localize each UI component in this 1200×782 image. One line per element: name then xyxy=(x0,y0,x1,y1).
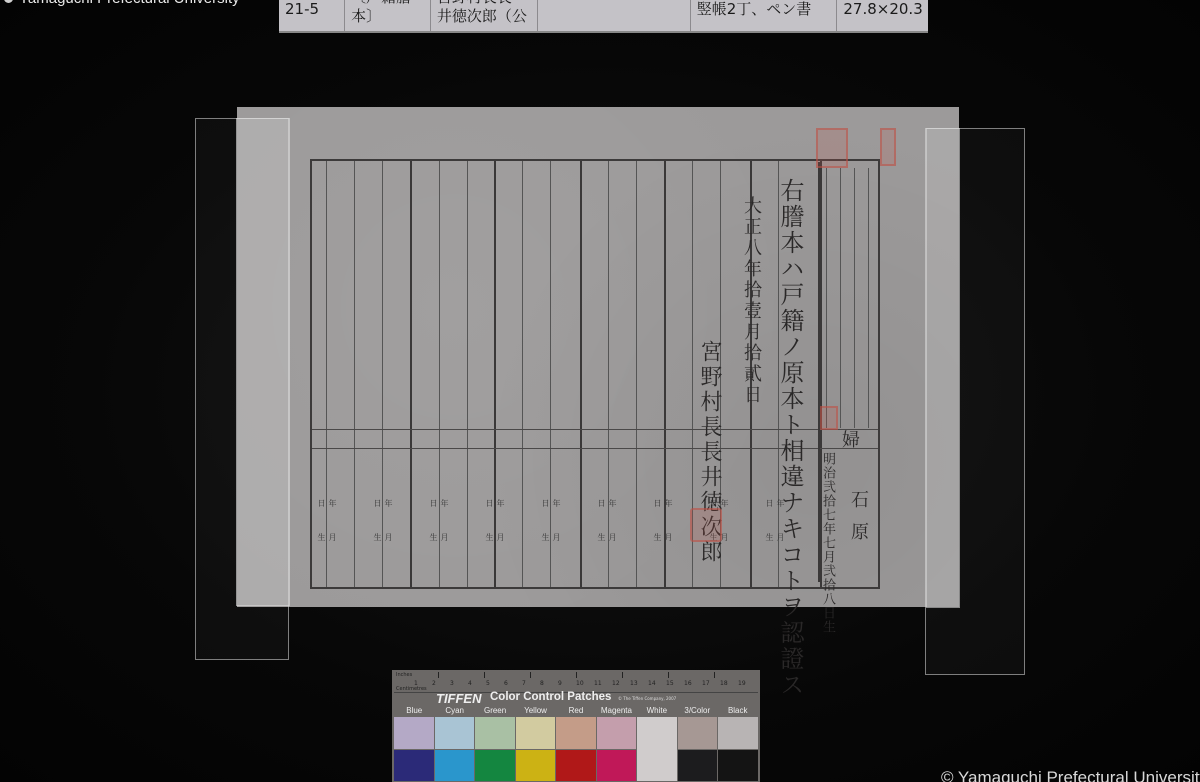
red-seal xyxy=(820,406,838,430)
birth-date-text: 明治弐拾七年七月弐拾八日生 xyxy=(818,452,837,634)
ymd-label: 年月日生 xyxy=(652,499,674,587)
ruler: Inches Centimetres 1 2 3 4 5 6 7 8 9 10 … xyxy=(394,672,758,693)
chart-title: Color Control Patches xyxy=(490,691,611,703)
color-control-chart: Inches Centimetres 1 2 3 4 5 6 7 8 9 10 … xyxy=(392,670,760,782)
color-patch-magenta-light xyxy=(597,717,637,749)
color-patch-cyan-dark xyxy=(435,750,475,782)
color-patch-green-dark xyxy=(475,750,515,782)
color-patch-white-light xyxy=(637,717,677,781)
color-patch-black-light xyxy=(718,717,758,749)
ymd-label: 年月日生 xyxy=(484,499,506,587)
color-patch-cyan-light xyxy=(435,717,475,749)
ymd-label: 年月日生 xyxy=(596,499,618,587)
top-credit: Yamaguchi Prefectural University xyxy=(0,0,240,7)
tiffen-logo: TIFFEN xyxy=(436,691,482,706)
patch-label: 3/Color xyxy=(677,706,717,715)
patch-label: Yellow xyxy=(515,706,555,715)
catalog-format: 竪帳2丁、ペン書 xyxy=(691,0,838,31)
top-credit-text: Yamaguchi Prefectural University xyxy=(19,0,240,7)
glass-weight-left xyxy=(195,118,289,660)
patch-label: Black xyxy=(718,706,758,715)
catalog-id: 21-5 xyxy=(279,0,345,31)
catalog-title: 〔戸籍謄 本〕 xyxy=(345,0,431,31)
red-seal xyxy=(880,128,896,166)
catalog-title-line: 本〕 xyxy=(351,7,424,26)
ruler-cm-label: Centimetres xyxy=(396,686,427,692)
certification-text: 右謄本ハ戸籍ノ原本ト相違ナキコトヲ認證ス xyxy=(776,178,804,698)
color-patch-red-light xyxy=(556,717,596,749)
relation-text: 婦 xyxy=(836,430,862,448)
patch-labels: Blue Cyan Green Yellow Red Magenta White… xyxy=(394,706,758,715)
catalog-blank xyxy=(538,0,691,31)
catalog-size: 27.8×20.3 xyxy=(837,0,928,31)
color-patch-blue-dark xyxy=(394,750,434,782)
catalog-card: 21-5 〔戸籍謄 本〕 宮野村長長 井徳次郎（公 竪帳2丁、ペン書 27.8×… xyxy=(279,0,928,33)
patch-label: Magenta xyxy=(596,706,636,715)
patch-label: White xyxy=(637,706,677,715)
catalog-author-line: 宮野村長長 xyxy=(437,0,531,7)
ymd-label: 年月日生 xyxy=(428,499,450,587)
color-patch-blue-light xyxy=(394,717,434,749)
color-patch-3-color-dark xyxy=(678,750,718,782)
name-text: 石原 xyxy=(845,490,871,554)
color-patch-black-dark xyxy=(718,750,758,782)
ymd-label: 年月日生 xyxy=(316,499,338,587)
date-text: 大正八年拾壹月拾貳日 xyxy=(740,196,762,406)
color-patch-yellow-light xyxy=(516,717,556,749)
color-patches xyxy=(394,717,758,781)
color-patch-green-light xyxy=(475,717,515,749)
color-patch-yellow-dark xyxy=(516,750,556,782)
catalog-author-line: 井徳次郎（公 xyxy=(437,7,531,26)
ruler-inches-label: Inches xyxy=(396,672,412,678)
catalog-title-line: 〔戸籍謄 xyxy=(351,0,424,7)
glass-weight-right xyxy=(925,128,1025,675)
patch-label: Red xyxy=(556,706,596,715)
ymd-label: 年月日生 xyxy=(372,499,394,587)
copyright-icon xyxy=(4,0,13,3)
color-patch-magenta-dark xyxy=(597,750,637,782)
patch-label: Cyan xyxy=(434,706,474,715)
color-patch-red-dark xyxy=(556,750,596,782)
patch-label: Blue xyxy=(394,706,434,715)
ymd-label: 年月日生 xyxy=(540,499,562,587)
color-patch-3-color-light xyxy=(678,717,718,749)
red-seal xyxy=(690,508,722,542)
chart-copyright: © The Tiffen Company, 2007 xyxy=(618,696,676,701)
patch-label: Green xyxy=(475,706,515,715)
catalog-author: 宮野村長長 井徳次郎（公 xyxy=(431,0,538,31)
red-seal xyxy=(816,128,848,168)
bottom-credit: © Yamaguchi Prefectural University xyxy=(941,768,1200,782)
